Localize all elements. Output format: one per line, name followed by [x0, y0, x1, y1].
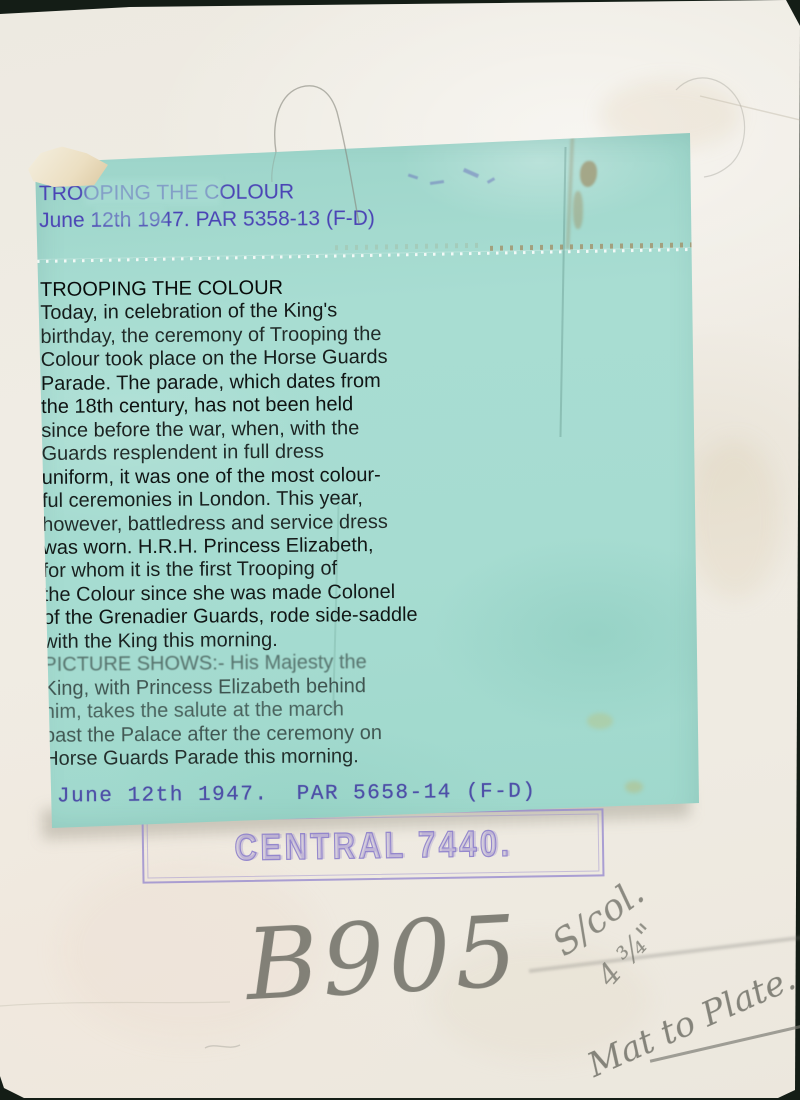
tape-stain [580, 161, 597, 187]
paper-stain [587, 713, 613, 729]
caption-line: for whom it is the first Trooping of [42, 557, 417, 584]
caption-line: PICTURE SHOWS:- His Majesty the [43, 651, 418, 678]
ink-smudge [408, 174, 418, 180]
caption-line: Colour took place on the Horse Guards [41, 346, 416, 373]
caption-line: King, with Princess Elizabeth behind [43, 674, 418, 701]
perforation-line [37, 248, 693, 263]
tape-stain [566, 137, 575, 249]
reference-number-handwriting: B905 [243, 895, 524, 1023]
crease-line [559, 147, 566, 437]
agency-header: TROOPING THE COLOUR June 12th 1947. PAR … [39, 178, 375, 234]
ink-smudge [487, 177, 495, 184]
caption-line: Guards resplendent in full dress [41, 440, 416, 467]
typed-caption: TROOPING THE COLOUR Today, in celebratio… [40, 276, 419, 772]
caption-line: Parade. The parade, which dates from [41, 370, 416, 397]
caption-dateline: June 12th 1947. PAR 5658-14 (F-D) [57, 780, 537, 808]
caption-line: the Colour since she was made Colonel [43, 581, 418, 608]
ink-smudge [463, 168, 479, 178]
caption-line: Today, in celebration of the King's [40, 299, 415, 326]
paper-stain [625, 781, 643, 793]
caption-line: past the Palace after the ceremony on [44, 721, 419, 748]
caption-line: with the King this morning. [43, 628, 418, 655]
caption-title: TROOPING THE COLOUR [40, 276, 415, 303]
caption-line: was worn. H.R.H. Princess Elizabeth, [42, 534, 417, 561]
caption-line: uniform, it was one of the most colour- [42, 463, 417, 490]
agency-header-line2: June 12th 1947. PAR 5358-13 (F-D) [39, 205, 375, 234]
caption-line: the 18th century, has not been held [41, 393, 416, 420]
caption-slip: TROOPING THE COLOUR June 12th 1947. PAR … [35, 133, 699, 828]
caption-line: since before the war, when, with the [41, 416, 416, 443]
photo-verso-scan: CENTRAL 7440. TROOPING THE COLOUR June 1… [0, 0, 800, 1100]
caption-line: birthday, the ceremony of Trooping the [40, 323, 415, 350]
caption-line: however, battledress and service dress [42, 510, 417, 537]
caption-line: ful ceremonies in London. This year, [42, 487, 417, 514]
rust-spots [335, 243, 485, 251]
telephone-stamp-text: CENTRAL 7440. [234, 823, 513, 869]
paper-stain [690, 440, 780, 600]
caption-line: of the Grenadier Guards, rode side-saddl… [43, 604, 418, 631]
ink-smudge [430, 180, 444, 185]
caption-line: him, takes the salute at the march [44, 698, 419, 725]
caption-line: Horse Guards Parade this morning. [44, 745, 419, 772]
tape-stain [573, 191, 583, 229]
